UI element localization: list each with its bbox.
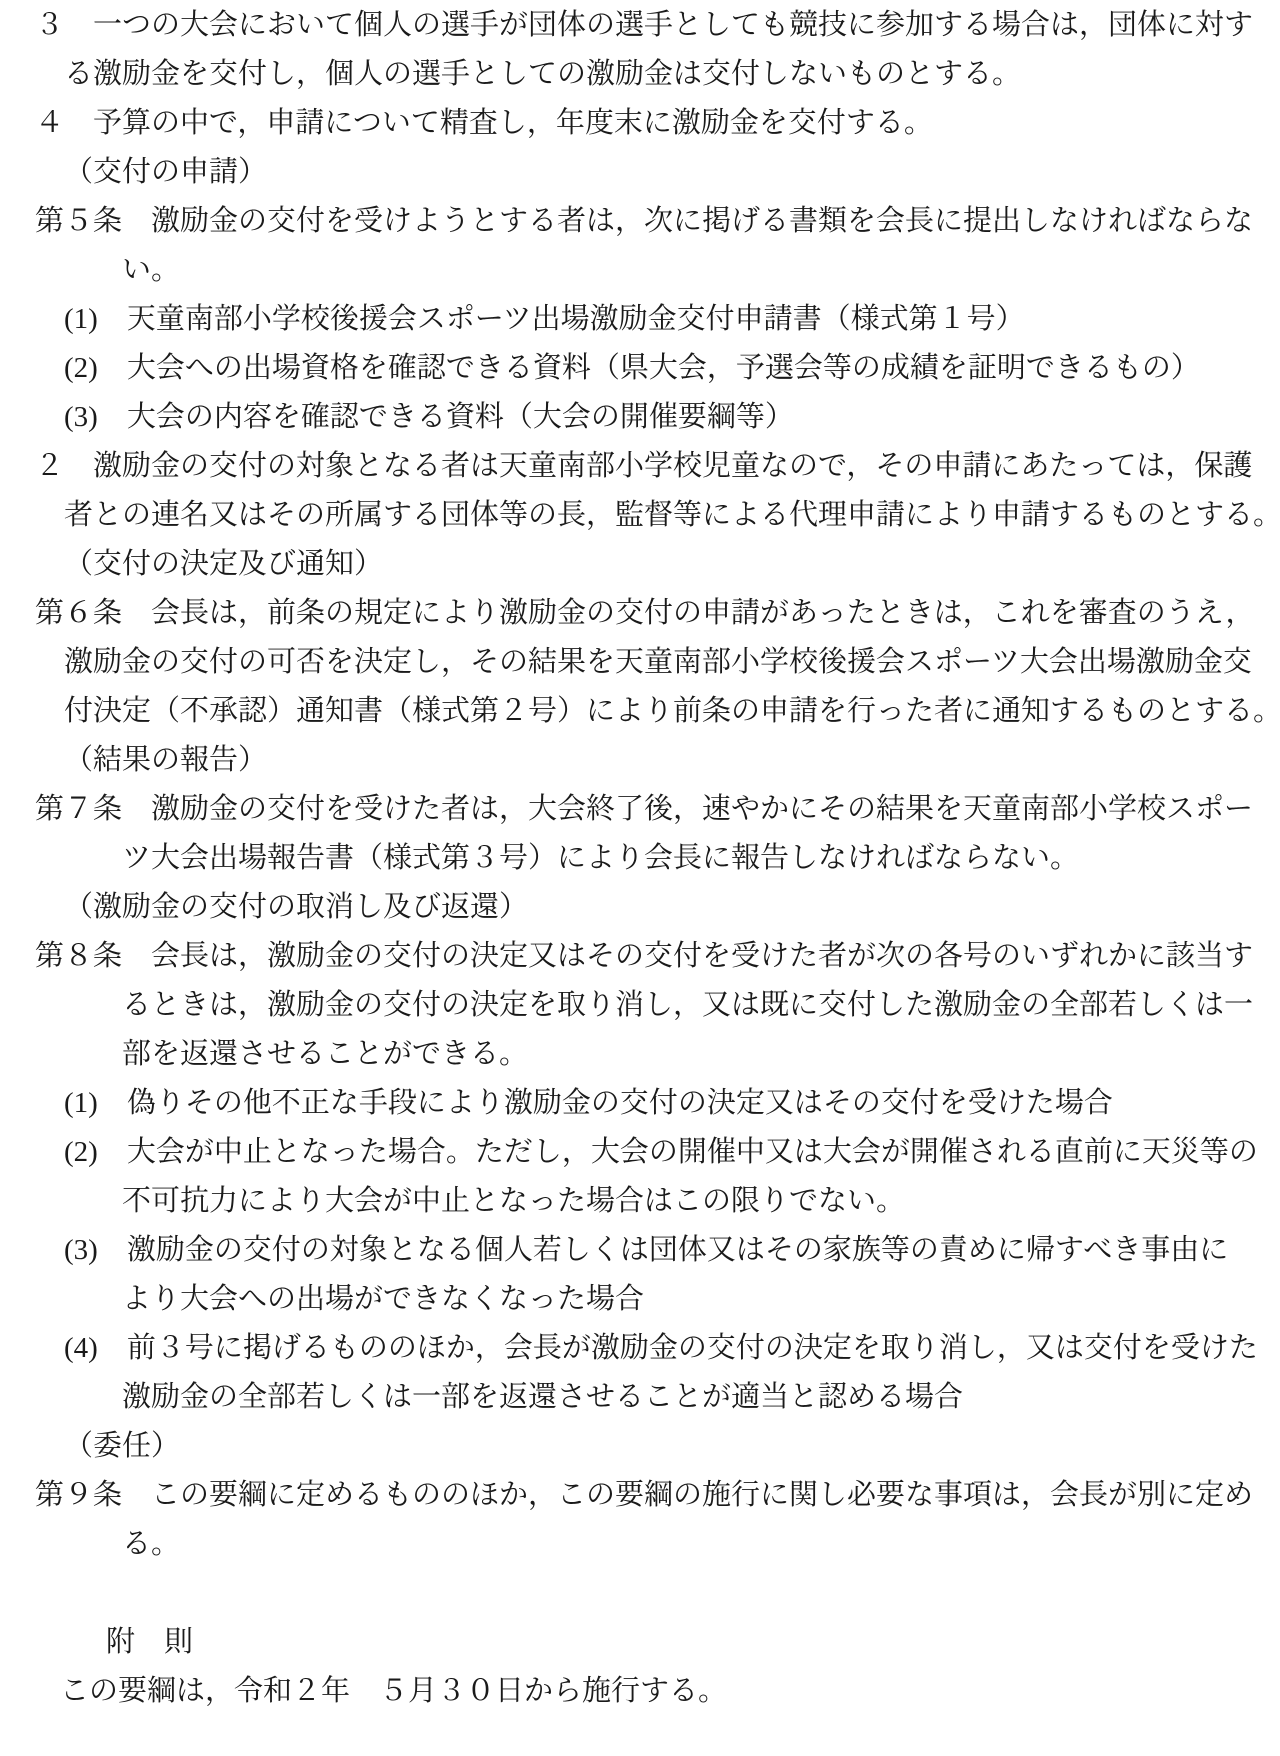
document-line: (1) 偽りその他不正な手段により激励金の交付の決定又はその交付を受けた場合 xyxy=(0,1079,1280,1128)
document-line: (2) 大会が中止となった場合。ただし，大会の開催中又は大会が開催される直前に天… xyxy=(0,1128,1280,1177)
document-line: この要綱は，令和２年 ５月３０日から施行する。 xyxy=(0,1667,1280,1716)
document-line: （激励金の交付の取消し及び返還） xyxy=(0,883,1280,932)
document-line: 第５条 激励金の交付を受けようとする者は，次に掲げる書類を会長に提出しなければな… xyxy=(0,197,1280,246)
document-line: （交付の申請） xyxy=(0,148,1280,197)
document-line: ２ 激励金の交付の対象となる者は天童南部小学校児童なので，その申請にあたっては，… xyxy=(0,442,1280,491)
document-line: ４ 予算の中で，申請について精査し，年度末に激励金を交付する。 xyxy=(0,99,1280,148)
document-line: 第９条 この要綱に定めるもののほか，この要綱の施行に関し必要な事項は，会長が別に… xyxy=(0,1471,1280,1520)
document-line: （交付の決定及び通知） xyxy=(0,540,1280,589)
document-line: ツ大会出場報告書（様式第３号）により会長に報告しなければならない。 xyxy=(0,834,1280,883)
document-line: 激励金の全部若しくは一部を返還させることが適当と認める場合 xyxy=(0,1373,1280,1422)
document-line: い。 xyxy=(0,246,1280,295)
document-line: (4) 前３号に掲げるもののほか，会長が激励金の交付の決定を取り消し，又は交付を… xyxy=(0,1324,1280,1373)
document-line: 附 則 xyxy=(0,1618,1280,1667)
document-line: 部を返還させることができる。 xyxy=(0,1030,1280,1079)
document-line: 者との連名又はその所属する団体等の長，監督等による代理申請により申請するものとす… xyxy=(0,491,1280,540)
document-line: （委任） xyxy=(0,1422,1280,1471)
document-line: 付決定（不承認）通知書（様式第２号）により前条の申請を行った者に通知するものとす… xyxy=(0,687,1280,736)
document-line: 第６条 会長は，前条の規定により激励金の交付の申請があったときは，これを審査のう… xyxy=(0,589,1280,638)
document-line: 第７条 激励金の交付を受けた者は，大会終了後，速やかにその結果を天童南部小学校ス… xyxy=(0,785,1280,834)
document-line: (3) 激励金の交付の対象となる個人若しくは団体又はその家族等の責めに帰すべき事… xyxy=(0,1226,1280,1275)
document-line: （結果の報告） xyxy=(0,736,1280,785)
document-line: る。 xyxy=(0,1520,1280,1569)
document-line: 不可抗力により大会が中止となった場合はこの限りでない。 xyxy=(0,1177,1280,1226)
document-line: より大会への出場ができなくなった場合 xyxy=(0,1275,1280,1324)
document-line: (2) 大会への出場資格を確認できる資料（県大会，予選会等の成績を証明できるもの… xyxy=(0,344,1280,393)
blank-line xyxy=(0,1569,1280,1618)
document-line: (3) 大会の内容を確認できる資料（大会の開催要綱等） xyxy=(0,393,1280,442)
document-line: ３ 一つの大会において個人の選手が団体の選手としても競技に参加する場合は，団体に… xyxy=(0,1,1280,50)
document-line: る激励金を交付し，個人の選手としての激励金は交付しないものとする。 xyxy=(0,50,1280,99)
document-line: るときは，激励金の交付の決定を取り消し，又は既に交付した激励金の全部若しくは一 xyxy=(0,981,1280,1030)
document-page: ３ 一つの大会において個人の選手が団体の選手としても競技に参加する場合は，団体に… xyxy=(0,0,1280,1756)
document-line: 第８条 会長は，激励金の交付の決定又はその交付を受けた者が次の各号のいずれかに該… xyxy=(0,932,1280,981)
document-body: ３ 一つの大会において個人の選手が団体の選手としても競技に参加する場合は，団体に… xyxy=(0,1,1280,1716)
document-line: 激励金の交付の可否を決定し，その結果を天童南部小学校後援会スポーツ大会出場激励金… xyxy=(0,638,1280,687)
document-line: (1) 天童南部小学校後援会スポーツ出場激励金交付申請書（様式第１号） xyxy=(0,295,1280,344)
